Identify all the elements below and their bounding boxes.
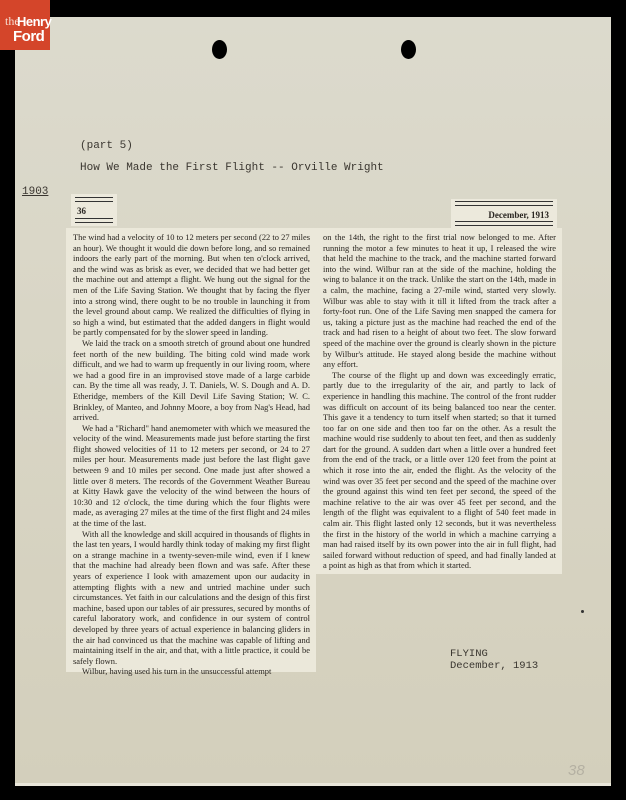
paragraph: We had a "Richard" hand anemometer with … <box>73 423 310 529</box>
issue-date-tab: December, 1913 <box>451 199 557 228</box>
pencil-page-number: 38 <box>568 762 585 779</box>
paragraph: The wind had a velocity of 10 to 12 mete… <box>73 232 310 338</box>
paragraph: on the 14th, the right to the first tria… <box>323 232 556 370</box>
paragraph: The course of the flight up and down was… <box>323 370 556 571</box>
henry-ford-logo: the Henry Ford <box>0 0 50 50</box>
page-title: How We Made the First Flight -- Orville … <box>80 162 384 174</box>
article-clipping-left: The wind had a velocity of 10 to 12 mete… <box>66 228 316 672</box>
logo-henry: Henry <box>17 14 51 29</box>
logo-ford: Ford <box>13 28 44 45</box>
source-publication: FLYING <box>450 648 538 660</box>
paragraph: With all the knowledge and skill acquire… <box>73 529 310 667</box>
page-number-tab: 36 <box>71 194 117 226</box>
page-number: 36 <box>77 206 86 216</box>
source-date: December, 1913 <box>450 660 538 672</box>
rule-bottom <box>455 221 553 226</box>
year-label: 1903 <box>22 186 48 198</box>
punch-hole-left <box>212 40 227 59</box>
paper-speck <box>581 610 584 613</box>
source-citation: FLYING December, 1913 <box>450 648 538 672</box>
rule-bottom <box>75 218 113 223</box>
rule-top <box>75 197 113 202</box>
punch-hole-right <box>401 40 416 59</box>
issue-date: December, 1913 <box>488 210 549 220</box>
article-clipping-right: on the 14th, the right to the first tria… <box>316 228 562 574</box>
part-label: (part 5) <box>80 140 133 152</box>
paragraph: Wilbur, having used his turn in the unsu… <box>73 666 310 677</box>
paragraph: We laid the track on a smooth stretch of… <box>73 338 310 423</box>
rule-top <box>455 201 553 206</box>
